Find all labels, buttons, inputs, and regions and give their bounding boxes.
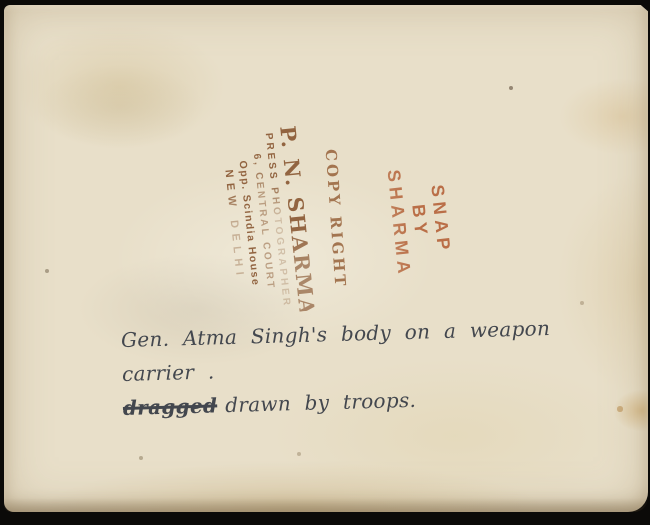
caption-line2-text: drawn by troops. bbox=[225, 388, 417, 417]
photographer-address-stamp: P. N. SHARMA PRESS PHOTOGRAPHER 6, CENTR… bbox=[207, 125, 320, 320]
photo-scan: { "stamps": { "address": { "lines": ["P.… bbox=[0, 0, 650, 525]
corner-shadow bbox=[635, 0, 650, 13]
struck-word: dragged bbox=[123, 393, 218, 420]
handwritten-caption: Gen. Atma Singh's body on a weapon carri… bbox=[121, 310, 604, 425]
copyright-stamp: COPY RIGHT bbox=[321, 148, 350, 273]
paper-specks bbox=[4, 5, 6, 7]
photo-back-paper: P. N. SHARMA PRESS PHOTOGRAPHER 6, CENTR… bbox=[4, 5, 648, 512]
snap-by-sharma-stamp: SNAP BY SHARMA bbox=[379, 157, 458, 287]
